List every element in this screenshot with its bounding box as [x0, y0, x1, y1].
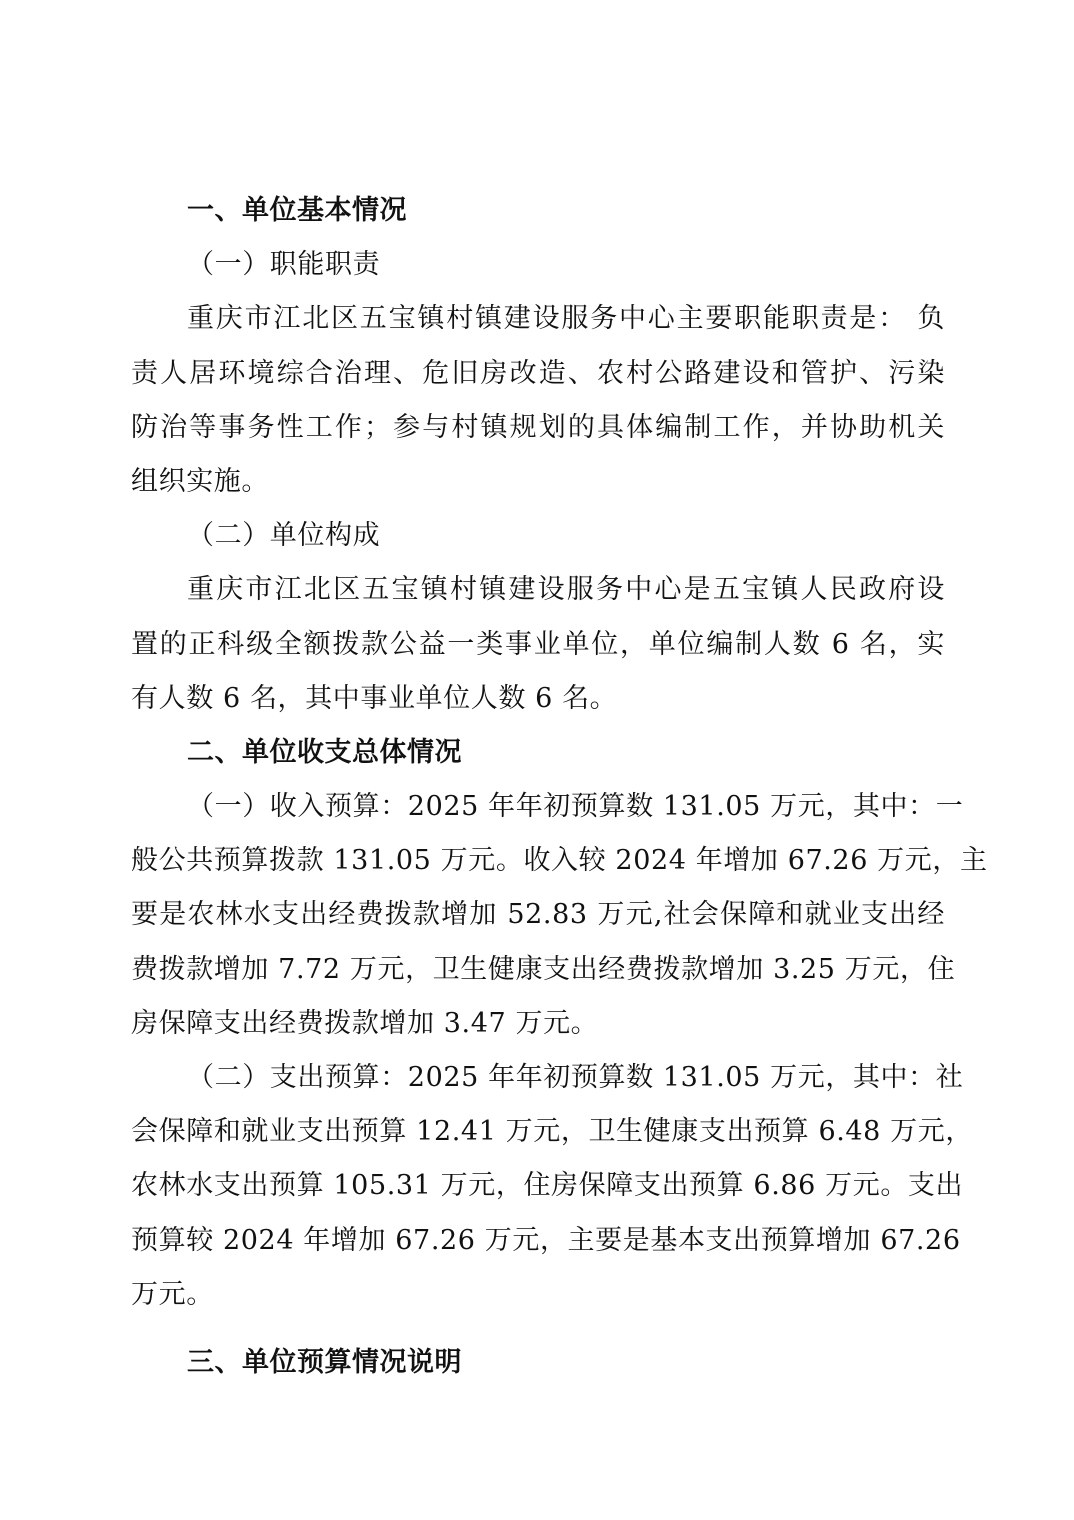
section-heading-3: 三、单位预算情况说明 — [131, 1336, 945, 1390]
paragraph-line: 防治等事务性工作；参与村镇规划的具体编制工作，并协助机关 — [131, 401, 945, 455]
subsection-heading-functions: （一）职能职责 — [131, 238, 945, 292]
document-page: 一、单位基本情况 （一）职能职责 重庆市江北区五宝镇村镇建设服务中心主要职能职责… — [131, 184, 945, 1390]
paragraph-line: （二）支出预算：2025 年年初预算数 131.05 万元，其中：社 — [131, 1051, 945, 1105]
paragraph-line: 组织实施。 — [131, 455, 945, 509]
paragraph-line: 重庆市江北区五宝镇村镇建设服务中心是五宝镇人民政府设 — [131, 563, 945, 617]
paragraph-line: 置的正科级全额拨款公益一类事业单位，单位编制人数 6 名，实 — [131, 618, 945, 672]
subsection-heading-composition: （二）单位构成 — [131, 509, 945, 563]
paragraph-line: 万元。 — [131, 1268, 945, 1322]
paragraph-line: 般公共预算拨款 131.05 万元。收入较 2024 年增加 67.26 万元，… — [131, 834, 945, 888]
paragraph-line: 要是农林水支出经费拨款增加 52.83 万元,社会保障和就业支出经 — [131, 888, 945, 942]
paragraph-line: 责人居环境综合治理、危旧房改造、农村公路建设和管护、污染 — [131, 347, 945, 401]
paragraph-line: 费拨款增加 7.72 万元，卫生健康支出经费拨款增加 3.25 万元，住 — [131, 943, 945, 997]
paragraph-line: 会保障和就业支出预算 12.41 万元，卫生健康支出预算 6.48 万元， — [131, 1105, 945, 1159]
paragraph-line: 农林水支出预算 105.31 万元，住房保障支出预算 6.86 万元。支出 — [131, 1159, 945, 1213]
paragraph-line: 房保障支出经费拨款增加 3.47 万元。 — [131, 997, 945, 1051]
paragraph-line: （一）收入预算：2025 年年初预算数 131.05 万元，其中：一 — [131, 780, 945, 834]
section-heading-1: 一、单位基本情况 — [131, 184, 945, 238]
paragraph-line: 预算较 2024 年增加 67.26 万元，主要是基本支出预算增加 67.26 — [131, 1214, 945, 1268]
paragraph-line: 有人数 6 名，其中事业单位人数 6 名。 — [131, 672, 945, 726]
paragraph-line: 重庆市江北区五宝镇村镇建设服务中心主要职能职责是： 负 — [131, 292, 945, 346]
section-heading-2: 二、单位收支总体情况 — [131, 726, 945, 780]
